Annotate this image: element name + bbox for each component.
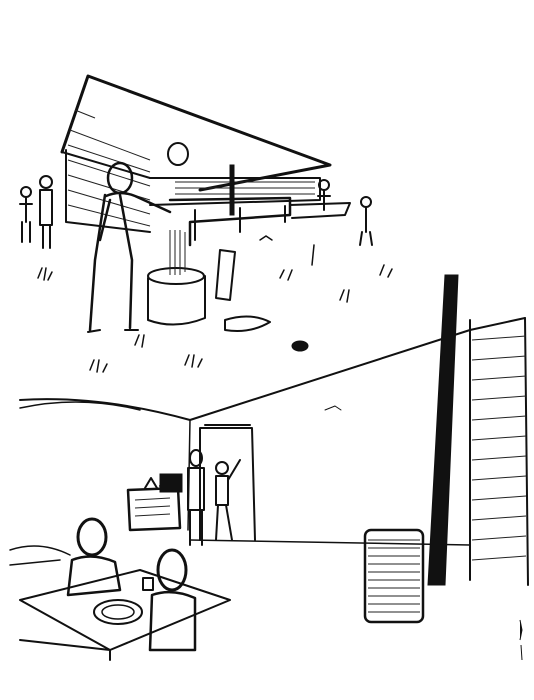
- stove-pipe: [428, 275, 458, 585]
- doorway: [188, 425, 255, 545]
- children-left: [20, 176, 52, 248]
- log-wall: [470, 318, 528, 660]
- chopping-stump: [148, 230, 270, 331]
- bug: [292, 341, 308, 351]
- sketch-illustration: [0, 0, 534, 700]
- radio-box: [128, 474, 182, 530]
